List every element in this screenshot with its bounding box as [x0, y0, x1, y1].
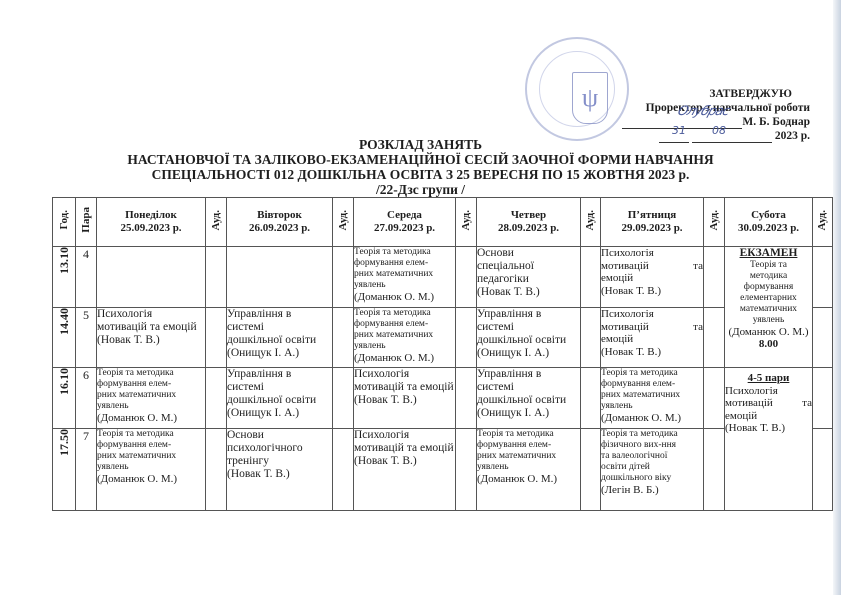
hour-cell: 17.50	[53, 429, 76, 511]
class-cell-wed: Теорія та методикаформування елем-рних м…	[354, 247, 456, 308]
handwritten-month: 08	[712, 124, 726, 137]
aud-cell	[206, 247, 227, 308]
class-cell-thu: Управління всистемідошкільної освіти(Они…	[477, 308, 581, 368]
aud-cell	[581, 247, 601, 308]
class-cell-mon: Теорія та методикаформування елем-рних м…	[97, 429, 206, 511]
approval-title: ЗАТВЕРДЖУЮ	[560, 87, 810, 101]
hour-cell: 13.10	[53, 247, 76, 308]
aud-cell	[581, 368, 601, 429]
scan-edge	[833, 0, 841, 595]
class-cell-fri: Психологія мотиваційта емоцій(Новак Т. В…	[601, 308, 704, 368]
hour-cell: 14.40	[53, 308, 76, 368]
title-line-4: /22-Дзс групи /	[0, 182, 841, 197]
aud-cell	[206, 308, 227, 368]
aud-cell	[456, 247, 477, 308]
aud-cell	[704, 247, 725, 308]
class-cell-mon: Теорія та методикаформування елем-рних м…	[97, 368, 206, 429]
approval-name: М. Б. Боднар	[742, 116, 810, 128]
class-cell-fri: Теорія та методикафізичного вих-ннята ва…	[601, 429, 704, 511]
para-cell: 6	[76, 368, 97, 429]
saturday-exam-cell: ЕКЗАМЕН Теорія та методика формування ел…	[725, 247, 813, 368]
class-cell-tue: Управління всистемідошкільної освіти(Они…	[227, 308, 333, 368]
class-cell-thu: Теорія та методикаформування елем-рних м…	[477, 429, 581, 511]
table-row: 14.40 5 Психологіямотивацій та емоцій(Но…	[53, 308, 833, 368]
class-cell-fri: Психологія мотиваційта емоцій(Новак Т. В…	[601, 247, 704, 308]
header-aud: Ауд.	[581, 198, 601, 247]
table-row: 17.50 7 Теорія та методикаформування еле…	[53, 429, 833, 511]
header-day-mon: Понеділок25.09.2023 р.	[97, 198, 206, 247]
para-cell: 7	[76, 429, 97, 511]
para-cell: 5	[76, 308, 97, 368]
aud-cell	[333, 308, 354, 368]
header-day-sat: Субота30.09.2023 р.	[725, 198, 813, 247]
class-cell-wed: Психологіямотивацій та емоцій(Новак Т. В…	[354, 368, 456, 429]
header-day-thu: Четвер28.09.2023 р.	[477, 198, 581, 247]
exam-title: ЕКЗАМЕН	[725, 247, 812, 260]
aud-cell	[813, 368, 833, 429]
header-aud: Ауд.	[333, 198, 354, 247]
aud-cell	[813, 247, 833, 308]
aud-cell	[206, 368, 227, 429]
class-cell-thu: Управління всистемідошкільної освіти(Они…	[477, 368, 581, 429]
class-cell-fri: Теорія та методикаформування елем-рних м…	[601, 368, 704, 429]
header-day-tue: Вівторок26.09.2023 р.	[227, 198, 333, 247]
para-cell: 4	[76, 247, 97, 308]
saturday-pairs-cell: 4-5 пари Психологія мотиваційта емоцій (…	[725, 368, 813, 511]
aud-cell	[704, 429, 725, 511]
aud-cell	[581, 308, 601, 368]
document-title: РОЗКЛАД ЗАНЯТЬ НАСТАНОВЧОЇ ТА ЗАЛІКОВО-Е…	[0, 137, 841, 197]
aud-cell	[333, 247, 354, 308]
table-header-row: Год. Пара Понеділок25.09.2023 р. Ауд. Ві…	[53, 198, 833, 247]
exam-time: 8.00	[725, 339, 812, 350]
aud-cell	[813, 429, 833, 511]
aud-cell	[456, 429, 477, 511]
class-cell-wed: Психологіямотивацій та емоцій(Новак Т. В…	[354, 429, 456, 511]
class-cell-mon: Психологіямотивацій та емоцій(Новак Т. В…	[97, 308, 206, 368]
header-day-wed: Середа27.09.2023 р.	[354, 198, 456, 247]
aud-cell	[333, 429, 354, 511]
table-row: 16.10 6 Теорія та методикаформування еле…	[53, 368, 833, 429]
title-line-1: РОЗКЛАД ЗАНЯТЬ	[0, 137, 841, 152]
header-aud: Ауд.	[813, 198, 833, 247]
hour-cell: 16.10	[53, 368, 76, 429]
table-row: 13.10 4 Теорія та методикаформування еле…	[53, 247, 833, 308]
aud-cell	[704, 308, 725, 368]
schedule-table: Год. Пара Понеділок25.09.2023 р. Ауд. Ві…	[52, 197, 833, 511]
aud-cell	[704, 368, 725, 429]
aud-cell	[456, 368, 477, 429]
class-cell-mon	[97, 247, 206, 308]
header-aud: Ауд.	[704, 198, 725, 247]
aud-cell	[813, 308, 833, 368]
aud-cell	[333, 368, 354, 429]
header-day-fri: П’ятниця29.09.2023 р.	[601, 198, 704, 247]
header-para: Пара	[76, 198, 97, 247]
class-cell-tue: Управління всистемідошкільної освіти(Они…	[227, 368, 333, 429]
class-cell-wed: Теорія та методикаформування елем-рних м…	[354, 308, 456, 368]
title-line-2: НАСТАНОВЧОЇ ТА ЗАЛІКОВО-ЕКЗАМЕНАЦІЙНОЇ С…	[0, 152, 841, 167]
pairs-title: 4-5 пари	[725, 372, 812, 385]
header-aud: Ауд.	[456, 198, 477, 247]
class-cell-thu: Основиспеціальноїпедагогіки(Новак Т. В.)	[477, 247, 581, 308]
class-cell-tue: Основипсихологічноготренінгу(Новак Т. В.…	[227, 429, 333, 511]
class-cell-tue	[227, 247, 333, 308]
aud-cell	[206, 429, 227, 511]
aud-cell	[456, 308, 477, 368]
handwritten-day: 31	[672, 124, 686, 137]
header-aud: Ауд.	[206, 198, 227, 247]
handwritten-signature: Олубрас	[676, 104, 731, 119]
title-line-3: СПЕЦІАЛЬНОСТІ 012 ДОШКІЛЬНА ОСВІТА З 25 …	[0, 167, 841, 182]
header-hour: Год.	[53, 198, 76, 247]
aud-cell	[581, 429, 601, 511]
